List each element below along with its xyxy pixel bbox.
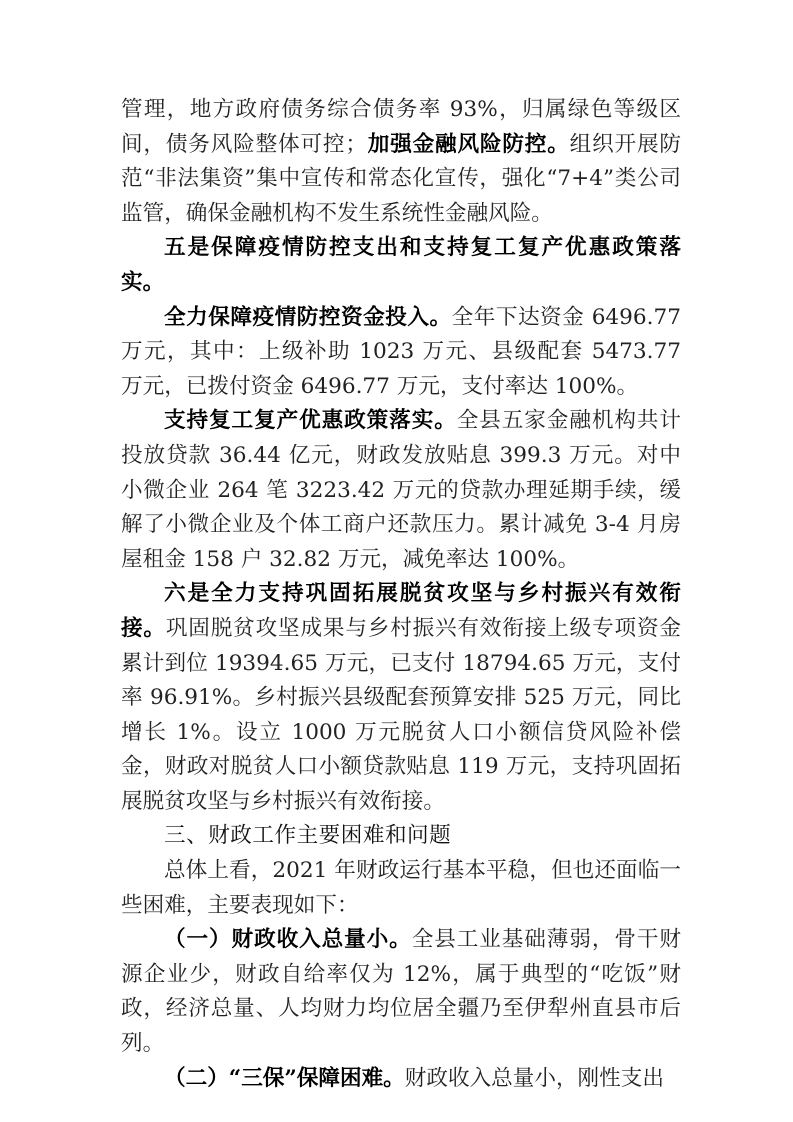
bold-run: 五是保障疫情防控支出和支持复工复产优惠政策落实。 [121, 235, 681, 295]
bold-run: 支持复工复产优惠政策落实。 [164, 408, 457, 433]
paragraph-epidemic-funding: 全力保障疫情防控资金投入。全年下达资金 6496.77 万元，其中：上级补助 1… [121, 301, 681, 405]
paragraph-resumption-policy: 支持复工复产优惠政策落实。全县五家金融机构共计投放贷款 36.44 亿元，财政发… [121, 404, 681, 577]
paragraph-debt-risk: 管理，地方政府债务综合债务率 93%，归属绿色等级区间，债务风险整体可控；加强金… [121, 93, 681, 231]
bold-run: （一）财政收入总量小。 [164, 927, 412, 952]
paragraph-three-guarantees: （二）“三保”保障困难。财政收入总量小，刚性支出 [121, 1062, 681, 1097]
bold-run: 全力保障疫情防控资金投入。 [164, 305, 452, 330]
paragraph-rural-revitalization: 六是全力支持巩固拓展脱贫攻坚与乡村振兴有效衔接。巩固脱贫攻坚成果与乡村振兴有效衔… [121, 577, 681, 819]
text-run: 财政收入总量小，刚性支出 [405, 1066, 664, 1091]
document-page: 管理，地方政府债务综合债务率 93%，归属绿色等级区间，债务风险整体可控；加强金… [121, 93, 681, 1096]
bold-run: 加强金融风险防控。 [367, 132, 570, 157]
section-heading-five: 五是保障疫情防控支出和支持复工复产优惠政策落实。 [121, 231, 681, 300]
text-run: 巩固脱贫攻坚成果与乡村振兴有效衔接上级专项资金累计到位 19394.65 万元，… [121, 616, 681, 814]
text-run: 总体上看，2021 年财政运行基本平稳，但也还面临一些困难，主要表现如下： [121, 858, 681, 918]
paragraph-revenue-small: （一）财政收入总量小。全县工业基础薄弱，骨干财源企业少，财政自给率仅为 12%，… [121, 923, 681, 1061]
paragraph-overview: 总体上看，2021 年财政运行基本平稳，但也还面临一些困难，主要表现如下： [121, 854, 681, 923]
bold-run: （二）“三保”保障困难。 [164, 1066, 405, 1091]
chapter-heading-three: 三、财政工作主要困难和问题 [121, 819, 681, 854]
